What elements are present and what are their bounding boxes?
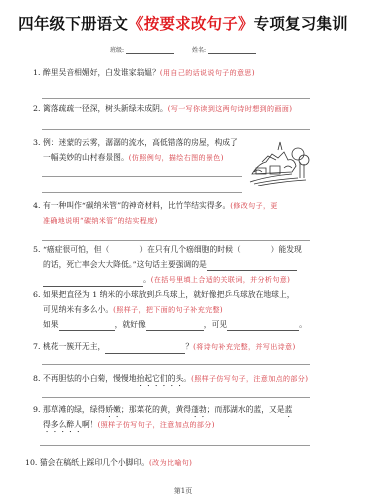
emphasized-text: 抬起它们的头 xyxy=(137,374,184,383)
question-2: 2. 篱落疏疏一径深，树头新绿未成阴。(写一写你读到这两句诗时想到的画面) xyxy=(33,102,292,116)
question-hint: (照样子，把下面的句子补充完整) xyxy=(113,306,223,314)
question-hint: 准确地说明“碳纳米管”的结实程度) xyxy=(43,217,158,225)
question-hint: (照样子仿写句子，注意加点的部分) xyxy=(191,375,308,383)
page-title: 四年级下册语文《按要求改句子》专项复习集训 xyxy=(0,12,366,34)
question-7: 7. 桃花一簇开无主，？(将诗句补充完整，并写出诗意) xyxy=(33,340,296,354)
question-text: 篱落疏疏一径深，树头新绿未成阴。 xyxy=(43,104,168,113)
question-text: 。 xyxy=(183,374,191,383)
emphasized-text: 娇嫩 xyxy=(105,405,121,414)
question-text: ，就好像 xyxy=(115,320,146,329)
question-hint: (照样子仿写句子，注意加点的部分) xyxy=(98,421,215,429)
student-info: 班级: 姓名: xyxy=(0,45,366,54)
question-5: 5. “癌症很可怕，但（）在只有几个癌细胞的时候（）能发现 xyxy=(33,243,302,256)
question-text: 不再胆怯的小白菊，慢慢地 xyxy=(43,374,137,383)
question-text: “癌症很可怕，但（ xyxy=(43,245,109,254)
question-hint: (修改句子，更 xyxy=(230,202,278,210)
question-number: 3. xyxy=(33,136,40,149)
question-hint: (将诗句补充完整，并写出诗意) xyxy=(193,343,295,351)
answer-line[interactable] xyxy=(42,364,310,365)
question-text: 猫会在稿纸上踩印几个小脚印。 xyxy=(40,458,149,467)
question-4: 4. 有一种叫作“碳纳米管”的神奇材料，比竹竿结实得多。(修改句子，更 xyxy=(33,199,278,213)
question-text: 的话，死亡率会大大降低。”这句话主要强调的是 xyxy=(43,260,207,269)
title-prefix: 四年级下册语文 xyxy=(18,15,128,33)
question-number: 10. xyxy=(25,456,37,469)
question-hint: (写一写你读到这两句诗时想到的画面) xyxy=(168,105,293,113)
name-label: 姓名: xyxy=(192,47,206,54)
question-3: 3. 例：迷蒙的云雾，潺潺的流水，高低错落的房屋，构成了 xyxy=(33,136,238,149)
fill-blank[interactable] xyxy=(59,322,115,331)
question-9-line2: 得多么醉人啊！(照样子仿写句子，注意加点的部分) xyxy=(43,418,215,434)
answer-line[interactable] xyxy=(42,397,310,398)
question-hint: (在括号里填上合适的关联词，并分析句意) xyxy=(151,276,290,284)
question-text: 醉里吴音相媚好，白发谁家翁媪？ xyxy=(43,68,160,77)
question-text: 有一种叫作“碳纳米管”的神奇材料，比竹竿结实得多。 xyxy=(43,201,230,210)
question-number: 9. xyxy=(33,403,40,416)
question-text: ？ xyxy=(185,342,193,351)
fill-blank[interactable] xyxy=(43,278,143,287)
emphasized-text: 得多么醉人 xyxy=(43,420,82,429)
question-5-line3: 。(在括号里填上合适的关联词，并分析句意) xyxy=(43,273,290,287)
fill-blank[interactable] xyxy=(146,322,204,331)
question-number: 5. xyxy=(33,243,40,256)
question-hint: (用自己的话说说句子的意思) xyxy=(160,69,255,77)
question-text: 。 xyxy=(143,275,151,284)
page-footer: 第1页 xyxy=(0,486,366,496)
question-text: 那草滩的绿，绿得 xyxy=(43,405,105,414)
question-number: 7. xyxy=(33,340,40,353)
class-blank[interactable] xyxy=(126,47,174,54)
title-highlight: 《按要求改句子》 xyxy=(128,15,254,33)
question-6-line2: 可见纳米有多么小。(照样子，把下面的句子补充完整) xyxy=(43,303,223,317)
question-number: 2. xyxy=(33,102,40,115)
question-4-line2: 准确地说明“碳纳米管”的结实程度) xyxy=(43,214,158,228)
emphasized-text: 蓝 xyxy=(285,405,293,414)
answer-line[interactable] xyxy=(42,192,242,193)
answer-line[interactable] xyxy=(42,98,310,99)
name-field[interactable]: 姓名: xyxy=(192,45,256,54)
question-9: 9. 那草滩的绿，绿得娇嫩；那菜花的黄，黄得蓬勃；而那湖水的蓝，又是蓝 xyxy=(33,403,292,419)
question-number: 1. xyxy=(33,66,40,79)
question-number: 8. xyxy=(33,372,40,385)
question-3-line2: 一幅美妙的山村春景图。(仿照例句，描绘右图的景色) xyxy=(43,151,224,165)
question-text: ；而那湖水的蓝，又是 xyxy=(207,405,285,414)
class-label: 班级: xyxy=(110,47,124,54)
question-text: 例：迷蒙的云雾，潺潺的流水，高低错落的房屋，构成了 xyxy=(43,138,238,147)
class-field[interactable]: 班级: xyxy=(110,45,174,54)
question-number: 6. xyxy=(33,288,40,301)
question-10: 10. 猫会在稿纸上踩印几个小脚印。(改为比喻句) xyxy=(25,456,192,470)
question-text: ；那菜花的黄，黄得 xyxy=(121,405,191,414)
village-illustration-icon xyxy=(248,138,310,186)
emphasized-text: 蓬勃 xyxy=(191,405,207,414)
fill-blank[interactable] xyxy=(227,322,299,331)
question-6-line3: 如果，就好像，可见。 xyxy=(43,318,307,331)
question-8: 8. 不再胆怯的小白菊，慢慢地抬起它们的头。(照样子仿写句子，注意加点的部分) xyxy=(33,372,308,388)
question-text: 可见纳米有多么小。 xyxy=(43,305,113,314)
fill-blank[interactable] xyxy=(105,345,185,354)
question-hint: (改为比喻句) xyxy=(149,459,192,467)
question-text: 桃花一簇开无主， xyxy=(43,342,105,351)
question-text: 如果把直径为 1 纳米的小球放到乒乓球上，就好像把乒乓球放在地球上， xyxy=(43,290,295,299)
title-suffix: 专项复习集训 xyxy=(254,15,348,33)
question-5-line2: 的话，死亡率会大大降低。”这句话主要强调的是 xyxy=(43,258,297,271)
question-1: 1. 醉里吴音相媚好，白发谁家翁媪？(用自己的话说说句子的意思) xyxy=(33,66,255,80)
question-6: 6. 如果把直径为 1 纳米的小球放到乒乓球上，就好像把乒乓球放在地球上， xyxy=(33,288,295,301)
name-blank[interactable] xyxy=(208,47,256,54)
question-text: 。 xyxy=(299,320,307,329)
question-text: 一幅美妙的山村春景图。 xyxy=(43,153,129,162)
question-text: 啊！ xyxy=(82,420,98,429)
answer-line[interactable] xyxy=(42,129,310,130)
answer-line[interactable] xyxy=(42,240,310,241)
fill-blank[interactable] xyxy=(207,262,297,271)
question-text: ，可见 xyxy=(204,320,227,329)
answer-line[interactable] xyxy=(40,445,310,446)
question-hint: (仿照例句，描绘右图的景色) xyxy=(129,154,224,162)
question-text: ）在只有几个癌细胞的时候（ xyxy=(139,245,240,254)
question-text: 如果 xyxy=(43,320,59,329)
question-number: 4. xyxy=(33,199,40,212)
answer-line[interactable] xyxy=(42,176,242,177)
question-text: ）能发现 xyxy=(271,245,302,254)
